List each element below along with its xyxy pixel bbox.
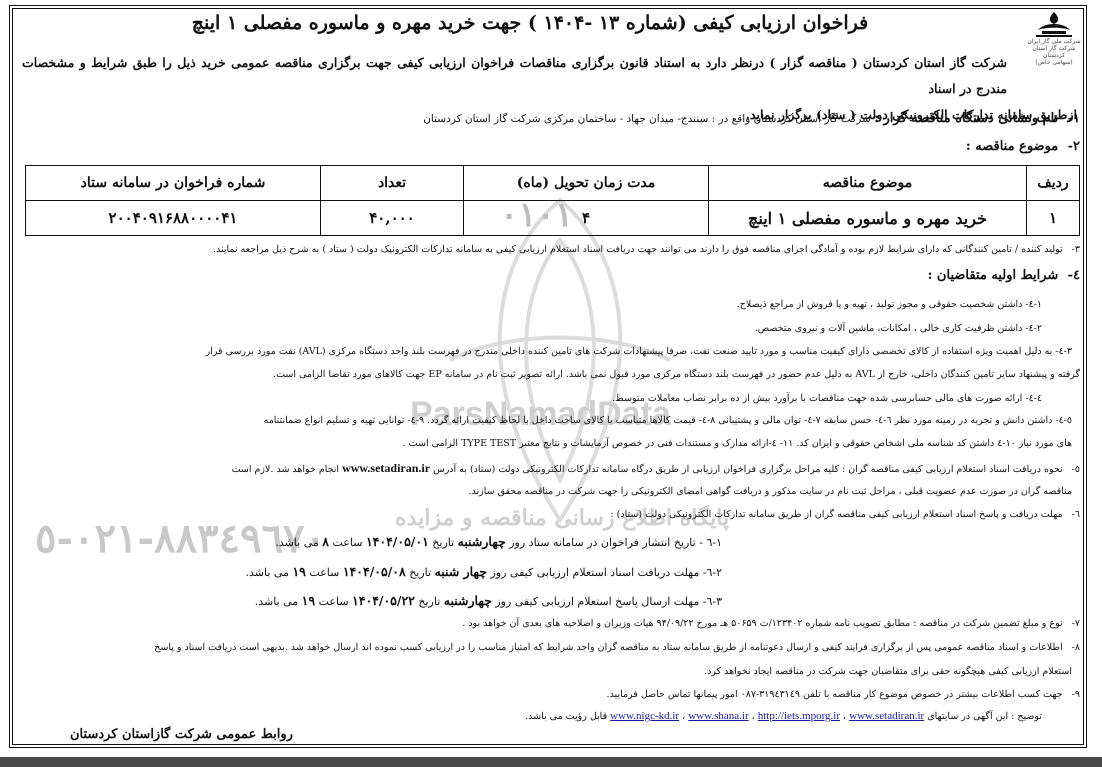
col-quantity: تعداد <box>321 166 464 201</box>
col-subject: موضوع مناقصه <box>709 166 1027 201</box>
deadline-time: ۱۹ <box>292 564 305 579</box>
section-2-label: موضوع مناقصه : <box>966 139 1058 154</box>
table-row: ۱ خرید مهره و ماسوره مفصلی ۱ اینچ ۴ ۴۰,۰… <box>26 201 1080 236</box>
section-6: ٦- مهلت دریافت و پاسخ اسناد استعلام ارزی… <box>22 508 1080 521</box>
col-delivery: مدت زمان تحویل (ماه) <box>464 166 709 201</box>
cell-setad-number: ۲۰۰۴۰۹۱۶۸۸۰۰۰۰۴۱ <box>26 201 321 236</box>
deadline-date: ۱۴۰۴/۰۵/۰۸ <box>343 564 406 579</box>
intro-line-1: شرکت گاز استان کردستان ( مناقصه گزار ) د… <box>22 55 1007 96</box>
logo-line-2: شرکت گاز استان کردستان <box>1024 45 1084 59</box>
link-iets-mporg[interactable]: http://iets.mporg.ir <box>758 710 840 722</box>
condition-item: ۱-٤- داشتن شخصیت حقوقی و مجوز تولید ، ته… <box>22 298 1042 311</box>
deadline-time: ۱۹ <box>302 593 315 608</box>
section-5: ٥- نحوه دریافت اسناد استعلام ارزیابی کیف… <box>22 462 1080 476</box>
section-4-label: شرایط اولیه متقاضیان : <box>928 268 1059 283</box>
condition-item: گرفته و پیشنهاد سایر تامین کنندگان داخلی… <box>22 368 1080 381</box>
section-3: ۳- تولید کننده / تامین کنندگانی که دارای… <box>22 243 1080 256</box>
company-logo: شرکت ملی گاز ایران شرکت گاز استان کردستا… <box>1024 10 1084 72</box>
cell-delivery: ۴ <box>464 201 709 236</box>
deadline-item: ۱-٦ - تاریخ انتشار فراخوان در سامانه ستا… <box>22 535 722 549</box>
deadline-date: ۱۴۰۴/۰۵/۰۱ <box>366 534 429 549</box>
link-setadiran[interactable]: www.setadiran.ir <box>849 710 924 722</box>
deadline-day: چهارشنبه <box>458 534 506 549</box>
setadiran-url[interactable]: www.setadiran.ir <box>342 461 430 475</box>
condition-item: ٤-٤- ارائه صورت های مالی حسابرسی شده جهت… <box>22 392 1042 405</box>
section-8: ۸- اطلاعات و اسناد مناقصه عمومی پس از بر… <box>22 641 1080 654</box>
tender-table: ردیف موضوع مناقصه مدت زمان تحویل (ماه) ت… <box>25 165 1080 236</box>
col-setad-number: شماره فراخوان در سامانه ستاد <box>26 166 321 201</box>
section-2: ۲- موضوع مناقصه : <box>22 140 1080 154</box>
section-7: ۷- نوع و مبلغ تضمین شرکت در مناقصه : مطا… <box>22 617 1080 630</box>
section-1-label: نام ونشانی دستگاه مناقصه گزار : <box>874 111 1058 126</box>
note-line: توضیح : این آگهی در سایتهای www.nigc-kd.… <box>22 710 1042 723</box>
col-row: ردیف <box>1027 166 1080 201</box>
cell-quantity: ۴۰,۰۰۰ <box>321 201 464 236</box>
condition-item: ٥-٤- داشتن دانش و تجربه در زمینه مورد نظ… <box>22 414 1072 427</box>
logo-line-1: شرکت ملی گاز ایران <box>1024 38 1084 45</box>
section-1: ۱- نام ونشانی دستگاه مناقصه گزار : شرکت … <box>22 112 1080 126</box>
cell-subject: خرید مهره و ماسوره مفصلی ۱ اینچ <box>709 201 1027 236</box>
section-8-line-2: استعلام ارزیابی کیفی هیچگونه حقی برای مت… <box>22 665 1072 678</box>
deadline-item: ۳-٦- مهلت ارسال پاسخ استعلام ارزیابی کیف… <box>22 594 722 608</box>
condition-item: ۲-٤- داشتن ظرفیت کاری خالی ، امکانات، ما… <box>22 322 1042 335</box>
condition-item: ۳-٤- به دلیل اهمیت ویژه استفاده از کالای… <box>22 345 1072 358</box>
page-title: فراخوان ارزیابی کیفی (شماره ۱۳ -۱۴۰۴ ) ج… <box>150 12 910 34</box>
logo-line-3: (سهامی خاص) <box>1024 59 1084 66</box>
deadline-day: چهارشنبه <box>444 593 492 608</box>
deadline-date: ۱۴۰۴/۰۵/۲۲ <box>352 593 415 608</box>
gas-flame-logo-icon <box>1034 10 1074 38</box>
deadline-day: چهار شنبه <box>435 564 487 579</box>
deadline-time: ۸ <box>322 534 329 549</box>
tender-notice: فراخوان ارزیابی کیفی (شماره ۱۳ -۱۴۰۴ ) ج… <box>0 0 1102 767</box>
signature: روابط عمومی شرکت گازاستان کردستان <box>70 727 293 742</box>
link-shana[interactable]: www.shana.ir <box>688 710 748 722</box>
deadline-item: ۲-٦- مهلت دریافت اسناد استعلام ارزیابی ک… <box>22 565 722 579</box>
link-nigc-kd[interactable]: www.nigc-kd.ir <box>610 710 679 722</box>
section-1-text: شرکت گاز استان کردستان واقع در : سنندج- … <box>423 113 871 125</box>
section-9: ۹- جهت کسب اطلاعات بیشتر در خصوص موضوع ک… <box>22 688 1080 701</box>
section-4: ٤- شرایط اولیه متقاضیان : <box>22 269 1080 283</box>
section-5-line-2: مناقصه گران در صورت عدم عضویت قبلی ، مرا… <box>22 485 1072 498</box>
table-header-row: ردیف موضوع مناقصه مدت زمان تحویل (ماه) ت… <box>26 166 1080 201</box>
section-3-text: تولید کننده / تامین کنندگانی که دارای شر… <box>213 244 1063 255</box>
condition-item: های مورد نیاز ۱۰-٤ داشتن کد شناسه ملی اش… <box>22 437 1072 450</box>
cell-row: ۱ <box>1027 201 1080 236</box>
